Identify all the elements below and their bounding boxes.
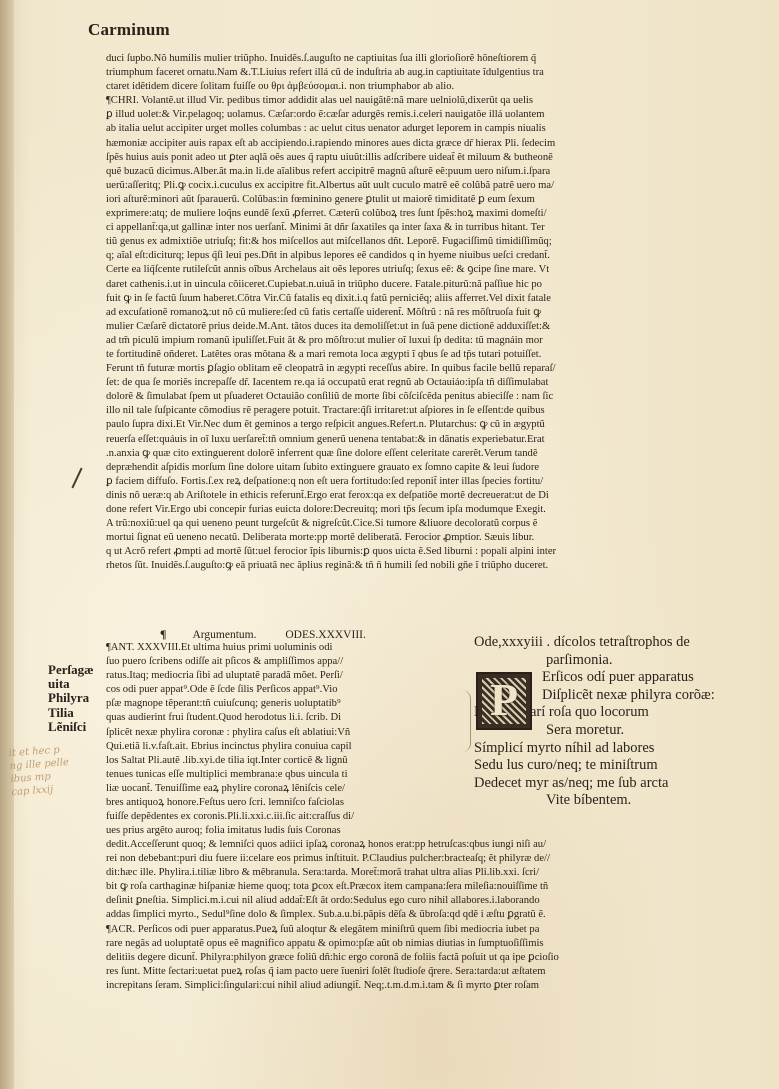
text-line: Certe ea liq̃ſcente rutileſcũt annis oĩb… bbox=[106, 263, 734, 277]
commentary-left-column: ¶ANT. XXXVIII.Et ultima huius primi uolu… bbox=[106, 641, 458, 838]
text-line: ues prius argẽto auroq; folia imitatus l… bbox=[106, 824, 458, 838]
text-line: increpitans ſeram. Simplici:ſingulari:cu… bbox=[106, 979, 734, 993]
text-line: ¶ACR. Perſicos odi puer apparatus.Pueꝝ ſ… bbox=[106, 923, 734, 937]
text-line: ſplicẽt nexæ phylira coronæ : phylira ca… bbox=[106, 726, 458, 740]
text-line: dit:hæc ille. Phylira.i.tiliæ libro & mẽ… bbox=[106, 866, 734, 880]
poem-verse: Sedu lus curo/neq; te miniſtrum bbox=[474, 757, 764, 775]
poem-verse: Vite bíbentem. bbox=[474, 792, 764, 810]
text-line: ci appellant̃:qa,ut gallinæ inter nos ue… bbox=[106, 221, 734, 235]
text-line: iori aſturẽ:minori aũt ſparauerũ. Colũba… bbox=[106, 193, 734, 207]
margin-gloss: Lẽniſci bbox=[48, 720, 93, 734]
ode-number: ODES.XXXVIII. bbox=[285, 629, 366, 641]
text-line: pſæ magnope tẽperant:tñ cuiuſcunq; gener… bbox=[106, 697, 458, 711]
text-line: ſpẽs huius auis ponit adeo ut ꝑter aqlã … bbox=[106, 151, 734, 165]
running-head: Carminum bbox=[88, 20, 170, 40]
text-line: ꝑ illud uolet:& Vir.pelagoq; uolamus. Cæ… bbox=[106, 108, 734, 122]
text-line: dinis nõ ueræ:q ab Ariſtotele in ethicis… bbox=[106, 489, 734, 503]
text-line: illo nil tale ſuſpicante cõmodius rẽ per… bbox=[106, 404, 734, 418]
text-line: mulier Cæſarẽ dictatorẽ prius deide.M.An… bbox=[106, 320, 734, 334]
text-line: ſuo puero ſcribens odiſſe ait pſicos & a… bbox=[106, 655, 458, 669]
text-line: Qui.etiã li.v.faſt.ait. Ebrius incinctus… bbox=[106, 740, 458, 754]
margin-gloss: uita bbox=[48, 677, 93, 691]
text-line: daret cathenis.i.ut in uincula cõiiceret… bbox=[106, 278, 734, 292]
text-line: bit ꝙ roſa carthaginæ hiſpaniæ hieme quo… bbox=[106, 880, 734, 894]
text-line: fuiſſe depẽdentes ex coronis.Pli.li.xxi.… bbox=[106, 810, 458, 824]
text-line: uerũ:aſſeritq; Pli.ꝙ cocix.i.cuculus ex … bbox=[106, 179, 734, 193]
text-line: los Saltat Pli.autẽ .lib.xyi.de tilia iq… bbox=[106, 754, 458, 768]
text-line: triumphum faceret ornatu.Nam &.T.Liuius … bbox=[106, 66, 734, 80]
text-line: ab italia uelut accipiter urget molles c… bbox=[106, 122, 734, 136]
text-line: ꝑ faciem diffuſo. Fortis.ſ.ex reꝝ deſpat… bbox=[106, 475, 734, 489]
text-line: liæ uocant̃. Tenuiſſime eaꝝ phylire coro… bbox=[106, 782, 458, 796]
text-line: fuit ꝙ in ſe factũ ſuum haberet.Cõtra Vi… bbox=[106, 292, 734, 306]
text-line: q ut Acrõ refert ꝓmpti ad mortẽ ſũt:uel … bbox=[106, 545, 734, 559]
text-line: paulo ſupra dixi.Et Vir.Nec dum ẽt gemin… bbox=[106, 418, 734, 432]
text-line: deſinit ꝑneſtia. Simplici.m.i.cui nil al… bbox=[106, 894, 734, 908]
text-line: depræhendit aſpidis morſum ſine dolore u… bbox=[106, 461, 734, 475]
text-line: bres antiquoꝝ honore.Feſtus uero ſcri. l… bbox=[106, 796, 458, 810]
decorated-initial-icon: P bbox=[476, 672, 532, 730]
text-line: reuerſa eſſet:quáuis in oĩ luxu uerſaret… bbox=[106, 433, 734, 447]
text-line: quẽ buzacũ dicimus.Alber.ãt ma.in li.de … bbox=[106, 165, 734, 179]
book-page: Carminum duci ſupbo.Nõ humilis mulier tr… bbox=[0, 0, 779, 1089]
margin-glosses: Perſagæ uita Philyra Tilia Lẽniſci bbox=[48, 663, 93, 734]
text-line: tiũ genus ex admixtiõe utriuſq; fit:& ho… bbox=[106, 235, 734, 249]
pen-mark bbox=[71, 468, 82, 489]
text-line: ad tm̃ piculũ impium romanũ ipuliſſet.Fu… bbox=[106, 334, 734, 348]
text-line: ctaret idẽtidem dicere ſolitam fuiſſe ου… bbox=[106, 80, 734, 94]
text-line: Ferunt tñ futuræ mortis ꝑſagio oblitam e… bbox=[106, 362, 734, 376]
text-line: tenues tunicas eſſe multiplici membrana:… bbox=[106, 768, 458, 782]
text-line: hæmoniæ accipiter auis rapax eſt ab acci… bbox=[106, 137, 734, 151]
text-line: te fortitudinẽ oñderet. Latẽtes oras mõt… bbox=[106, 348, 734, 362]
page-gutter-edge bbox=[0, 0, 14, 1089]
text-line bbox=[106, 602, 734, 616]
text-line: exprimere:atq; de muliere loq̃ns eundẽ ſ… bbox=[106, 207, 734, 221]
text-line: rare negãs ad uoluptatẽ opus eẽ magnific… bbox=[106, 937, 734, 951]
commentary-top: duci ſupbo.Nõ humilis mulier triũpho. In… bbox=[106, 52, 734, 630]
text-line: ratus.Itaq; mediocria ſibi ad uluptatẽ p… bbox=[106, 669, 458, 683]
margin-gloss: Philyra bbox=[48, 691, 93, 705]
text-line: done refert Vir.Ergo ubi concepir furias… bbox=[106, 503, 734, 517]
text-line: mortui ſignat eũ ueneno necatũ. Delibera… bbox=[106, 531, 734, 545]
commentary-bottom: dedit.Acceſſerunt quoq; & lemniſci quos … bbox=[106, 838, 734, 993]
margin-gloss: Tilia bbox=[48, 706, 93, 720]
poem-title: Ode,xxxyiii . dícolos tetraſtrophos de bbox=[474, 634, 764, 652]
text-line: dolorẽ & ſimulabat ſpem ut pſuaderet Oct… bbox=[106, 390, 734, 404]
text-line: ſet: de qua ſe moriẽs increpaſſe dr̃. Ia… bbox=[106, 376, 734, 390]
initial-letter: P bbox=[478, 674, 530, 728]
text-line: A trũ:noxiũ:uel qa qui ueneno peunt turg… bbox=[106, 517, 734, 531]
text-line: q; aĩal eſt:diciturq; lepus q̃ſi leui pe… bbox=[106, 249, 734, 263]
handwritten-annotation: it et hec p ng ille pelle ibus mp cap lx… bbox=[8, 741, 101, 799]
argumentum-label: Argumentum. bbox=[192, 629, 256, 641]
text-line: duci ſupbo.Nõ humilis mulier triũpho. In… bbox=[106, 52, 734, 66]
section-heading: ¶Argumentum. ODES.XXXVIII. bbox=[160, 627, 392, 642]
text-line bbox=[106, 573, 734, 587]
text-line: quas audierint frui ſtudent.Quod herodot… bbox=[106, 711, 458, 725]
poem-verse: Dedecet myr as/neq; me ſub arcta bbox=[474, 775, 764, 793]
text-line: addas ſimplici myrto., Sedul⁹ſine dolo &… bbox=[106, 908, 734, 922]
text-line: .n.anxia ꝙ quæ cito extinguerent dolorẽ … bbox=[106, 447, 734, 461]
text-line bbox=[106, 588, 734, 602]
text-line: cos odi puer appat⁹.Ode ẽ ſcde ſilis Per… bbox=[106, 683, 458, 697]
paragraph-mark-icon: ¶ bbox=[160, 627, 166, 641]
text-line: ¶CHRI. Volantẽ.ut illud Vir. pedibus tim… bbox=[106, 94, 734, 108]
text-line: delitiis degere dicunt̃. Philyra:philyon… bbox=[106, 951, 734, 965]
poem-verse: Símplicí myrto níhil ad labores bbox=[474, 740, 764, 758]
poem-subtitle: parſimonia. bbox=[474, 652, 764, 670]
text-line: rhetos ſũt. Inuidẽs.ſ.auguſto:ꝙ eã priua… bbox=[106, 559, 734, 573]
text-line: res ſunt. Mitte ſectari:uetat pueꝝ roſas… bbox=[106, 965, 734, 979]
text-line: dedit.Acceſſerunt quoq; & lemniſci quos … bbox=[106, 838, 734, 852]
text-line: ¶ANT. XXXVIII.Et ultima huius primi uolu… bbox=[106, 641, 458, 655]
margin-bracket-mark bbox=[462, 690, 471, 752]
text-line: rei non debebant:puri diu fuere ii:celar… bbox=[106, 852, 734, 866]
text-line: ad excuſationẽ romanoꝝ:ut nõ cũ muliere:… bbox=[106, 306, 734, 320]
margin-gloss: Perſagæ bbox=[48, 663, 93, 677]
